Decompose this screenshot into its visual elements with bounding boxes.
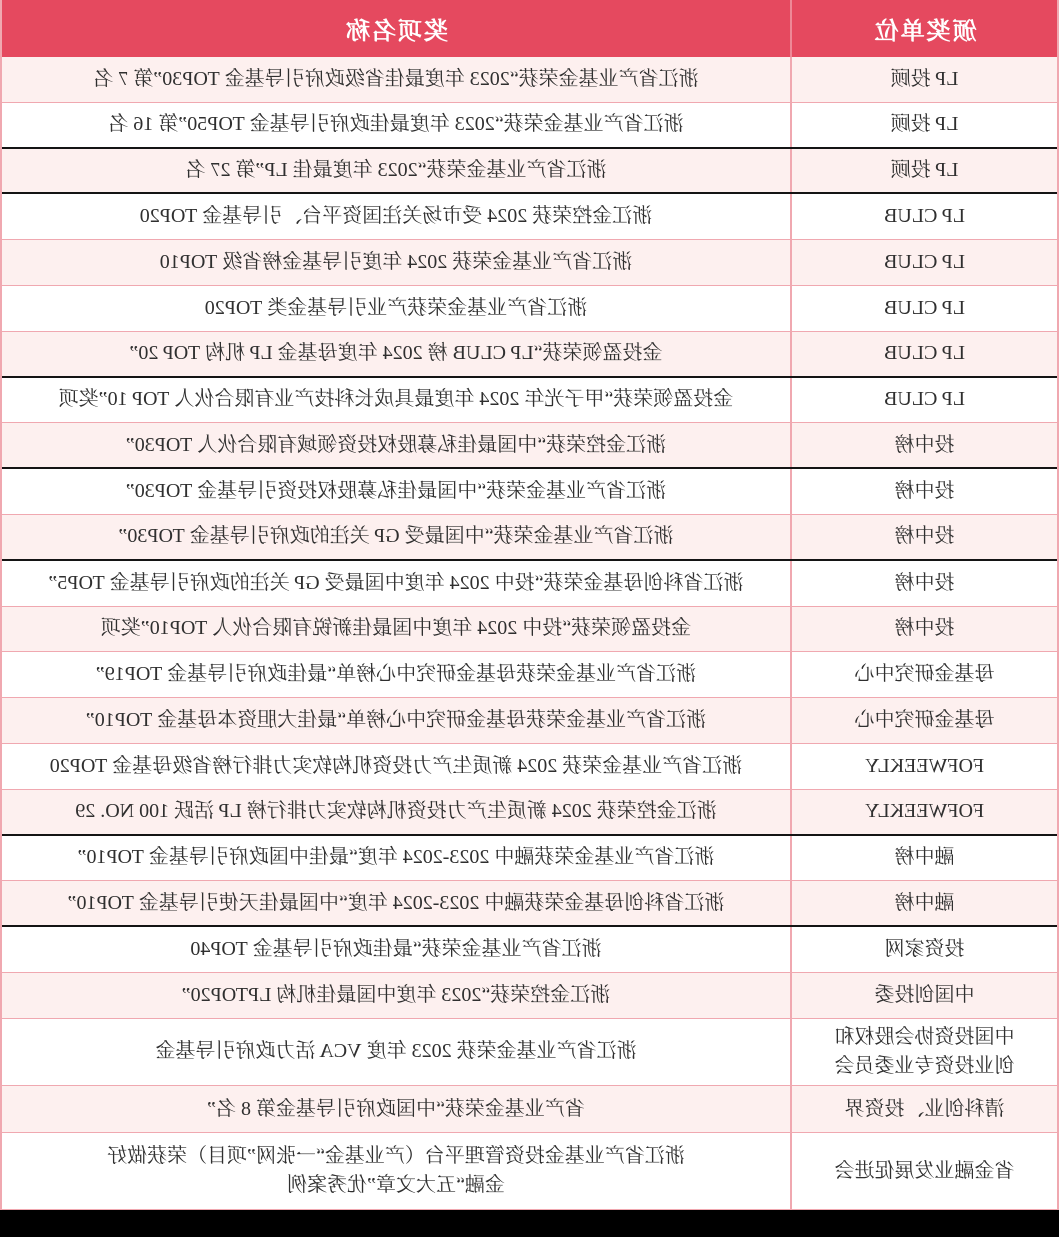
unit-cell: LP 投顾 (790, 149, 1057, 193)
unit-cell: 清科创业、投资界 (790, 1086, 1057, 1132)
award-cell: 浙江金控荣获“中国最佳私募股权投资领域有限合伙人 TOP30” (2, 423, 790, 467)
table-row: LP 投顾浙江省产业基金荣获“2023 年度最佳省级政府引导基金 TOP30”第… (2, 57, 1057, 103)
table-row: 投中榜浙江省科创母基金荣获“投中 2024 年度中国最受 GP 关注的政府引导基… (2, 561, 1057, 607)
header-cell-unit: 颁奖单位 (790, 0, 1057, 57)
table-header-row: 颁奖单位 奖项名称 (2, 0, 1057, 57)
table-row: 投中榜浙江省产业基金荣获“中国最佳私募股权投资引导基金 TOP30” (2, 469, 1057, 515)
award-cell: 浙江省产业基金荣获母基金研究中心榜单“最佳政府引导基金 TOP19” (2, 652, 790, 697)
award-cell: 浙江金控荣获“2023 年度中国最佳机构 LPTOP20” (2, 973, 790, 1018)
award-cell: 浙江省产业基金荣获“2023 年度最佳政府引导基金 TOP50”第 16 名 (2, 103, 790, 147)
unit-cell: LP CLUB (790, 286, 1057, 331)
table-row: 中国创投委浙江金控荣获“2023 年度中国最佳机构 LPTOP20” (2, 973, 1057, 1019)
award-cell: 浙江省产业基金荣获产业引导基金类 TOP20 (2, 286, 790, 331)
award-cell: 浙江省产业基金荣获 2023 年度 VCA 活力政府引导基金 (2, 1019, 790, 1085)
award-cell: 浙江金控荣获 2024 受市场关注国资平台、引导基金 TOP20 (2, 194, 790, 239)
unit-cell: 母基金研究中心 (790, 698, 1057, 743)
table-row: 投中榜浙江省产业基金荣获“中国最受 GP 关注的政府引导基金 TOP30” (2, 515, 1057, 561)
mirrored-content: 颁奖单位 奖项名称 LP 投顾浙江省产业基金荣获“2023 年度最佳省级政府引导… (0, 0, 1059, 1237)
award-cell: 浙江省科创母基金荣获融中 2023-2024 年度“中国最佳天使引导基金 TOP… (2, 881, 790, 925)
unit-cell: 投中榜 (790, 469, 1057, 514)
bottom-bar (0, 1210, 1059, 1237)
unit-cell: 投中榜 (790, 515, 1057, 559)
table-row: LP CLUB浙江金控荣获 2024 受市场关注国资平台、引导基金 TOP20 (2, 194, 1057, 240)
unit-cell: 融中榜 (790, 881, 1057, 925)
unit-cell: 融中榜 (790, 836, 1057, 881)
unit-cell: 中国投资协会股权和 创业投资专业委员会 (790, 1019, 1057, 1085)
table-row: LP CLUB金投盈领荣获“LP CLUB 榜 2024 年度母基金 LP 机构… (2, 332, 1057, 378)
table-row: 投资家网浙江省产业基金荣获“最佳政府引导基金 TOP40 (2, 927, 1057, 973)
unit-cell: LP 投顾 (790, 57, 1057, 102)
awards-table: 颁奖单位 奖项名称 LP 投顾浙江省产业基金荣获“2023 年度最佳省级政府引导… (0, 0, 1059, 1210)
award-cell: 金投盈领荣获“投中 2024 年度中国最佳新锐有限合伙人 TOP10”奖项 (2, 607, 790, 652)
table-row: FOFWEEKLY浙江金控荣获 2024 新质生产力投资机构软实力排行榜 LP … (2, 790, 1057, 836)
unit-cell: LP CLUB (790, 378, 1057, 423)
award-cell: 浙江省科创母基金荣获“投中 2024 年度中国最受 GP 关注的政府引导基金 T… (2, 561, 790, 606)
award-cell: 浙江省产业基金投资管理平台（产业基金“一张网”项目）荣获做好 金融“五大文章”优… (2, 1133, 790, 1209)
award-cell: 浙江省产业基金荣获 2024 新质生产力投资机构软实力排行榜省级母基金 TOP2… (2, 744, 790, 789)
unit-cell: LP CLUB (790, 240, 1057, 285)
award-cell: 浙江省产业基金荣获“2023 年度最佳省级政府引导基金 TOP30”第 7 名 (2, 57, 790, 102)
header-cell-award: 奖项名称 (2, 0, 790, 57)
award-cell: 浙江省产业基金荣获“中国最受 GP 关注的政府引导基金 TOP30” (2, 515, 790, 559)
table-row: LP 投顾浙江省产业基金荣获“2023 年度最佳政府引导基金 TOP50”第 1… (2, 103, 1057, 149)
table-row: LP CLUB浙江省产业基金荣获产业引导基金类 TOP20 (2, 286, 1057, 332)
unit-cell: FOFWEEKLY (790, 790, 1057, 834)
award-cell: 省产业基金荣获“中国政府引导基金第 8 名” (2, 1086, 790, 1132)
award-cell: 浙江省产业基金荣获“最佳政府引导基金 TOP40 (2, 927, 790, 972)
table-row: 母基金研究中心浙江省产业基金荣获母基金研究中心榜单“最佳大胆资本母基金 TOP1… (2, 698, 1057, 744)
table-row: 投中榜金投盈领荣获“投中 2024 年度中国最佳新锐有限合伙人 TOP10”奖项 (2, 607, 1057, 653)
table-row: 母基金研究中心浙江省产业基金荣获母基金研究中心榜单“最佳政府引导基金 TOP19… (2, 652, 1057, 698)
table-row: 融中榜浙江省科创母基金荣获融中 2023-2024 年度“中国最佳天使引导基金 … (2, 881, 1057, 927)
table-row: LP CLUB浙江省产业基金荣获 2024 年度引导基金榜省级 TOP10 (2, 240, 1057, 286)
award-cell: 浙江金控荣获 2024 新质生产力投资机构软实力排行榜 LP 活跃 100 NO… (2, 790, 790, 834)
unit-cell: 投资家网 (790, 927, 1057, 972)
award-cell: 浙江省产业基金荣获“2023 年度最佳 LP”第 27 名 (2, 149, 790, 193)
award-cell: 浙江省产业基金荣获融中 2023-2024 年度“最佳中国政府引导基金 TOP1… (2, 836, 790, 881)
award-cell: 浙江省产业基金荣获母基金研究中心榜单“最佳大胆资本母基金 TOP10” (2, 698, 790, 743)
unit-cell: 母基金研究中心 (790, 652, 1057, 697)
award-cell: 浙江省产业基金荣获“中国最佳私募股权投资引导基金 TOP30” (2, 469, 790, 514)
unit-cell: 中国创投委 (790, 973, 1057, 1018)
table-body: LP 投顾浙江省产业基金荣获“2023 年度最佳省级政府引导基金 TOP30”第… (2, 57, 1057, 1210)
unit-cell: LP 投顾 (790, 103, 1057, 147)
table-row: 投中榜浙江金控荣获“中国最佳私募股权投资领域有限合伙人 TOP30” (2, 423, 1057, 469)
unit-cell: 投中榜 (790, 561, 1057, 606)
award-cell: 金投盈领荣获“LP CLUB 榜 2024 年度母基金 LP 机构 TOP 20… (2, 332, 790, 376)
table-row: 中国投资协会股权和 创业投资专业委员会浙江省产业基金荣获 2023 年度 VCA… (2, 1019, 1057, 1086)
table-row: 省金融业发展促进会浙江省产业基金投资管理平台（产业基金“一张网”项目）荣获做好 … (2, 1133, 1057, 1210)
award-cell: 金投盈领荣获“甲子光年 2024 年度最具成长科技产业有限合伙人 TOP 10”… (2, 378, 790, 423)
unit-cell: LP CLUB (790, 332, 1057, 376)
screenshot-root: 颁奖单位 奖项名称 LP 投顾浙江省产业基金荣获“2023 年度最佳省级政府引导… (0, 0, 1059, 1237)
table-row: FOFWEEKLY浙江省产业基金荣获 2024 新质生产力投资机构软实力排行榜省… (2, 744, 1057, 790)
unit-cell: 投中榜 (790, 607, 1057, 652)
table-row: 融中榜浙江省产业基金荣获融中 2023-2024 年度“最佳中国政府引导基金 T… (2, 836, 1057, 882)
unit-cell: 省金融业发展促进会 (790, 1133, 1057, 1209)
unit-cell: LP CLUB (790, 194, 1057, 239)
unit-cell: 投中榜 (790, 423, 1057, 467)
table-row: 清科创业、投资界省产业基金荣获“中国政府引导基金第 8 名” (2, 1086, 1057, 1133)
table-row: LP CLUB金投盈领荣获“甲子光年 2024 年度最具成长科技产业有限合伙人 … (2, 378, 1057, 424)
award-cell: 浙江省产业基金荣获 2024 年度引导基金榜省级 TOP10 (2, 240, 790, 285)
unit-cell: FOFWEEKLY (790, 744, 1057, 789)
table-row: LP 投顾浙江省产业基金荣获“2023 年度最佳 LP”第 27 名 (2, 149, 1057, 195)
